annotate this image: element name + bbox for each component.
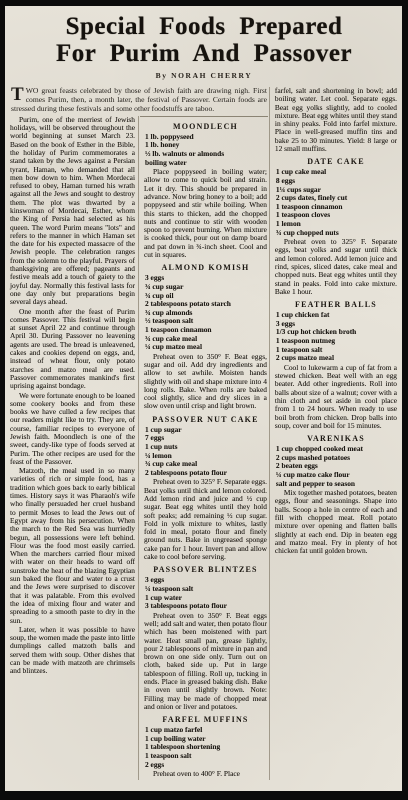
story-column: Purim, one of the merriest of Jewish hol… [10, 116, 137, 780]
ingredient-list: 1 cup chopped cooked meat2 cups mashed p… [275, 445, 397, 488]
intro-text: WO great feasts celebrated by those of J… [11, 86, 267, 113]
recipe-date-cake: DATE CAKE1 cup cake meal8 eggs1¼ cups su… [275, 157, 397, 296]
recipes-column-middle: MOONDLECH1 lb. poppyseed1 lb. honey½ lb.… [140, 116, 268, 780]
story-paragraph: One month after the feast of Purim comes… [10, 308, 135, 391]
ingredient-list: 3 eggs¾ cup sugar¾ cup oil2 tablespoons … [144, 274, 267, 351]
story-paragraph: We were fortunate enough to be loaned so… [10, 392, 135, 467]
recipe-method: Preheat oven to 325° F. Separate eggs, b… [275, 238, 397, 296]
ingredient: 2 eggs [144, 761, 267, 770]
ingredient-list: 1 cup matzo farfel1 cup boiling water1 t… [144, 726, 267, 769]
recipe-method: Cool to lukewarm a cup of fat from a ste… [275, 364, 397, 430]
recipe-moondlech: MOONDLECH1 lb. poppyseed1 lb. honey½ lb.… [144, 122, 267, 260]
recipe-method: Mix together mashed potatoes, beaten egg… [275, 489, 397, 555]
ingredient-list: 3 eggs¼ teaspoon salt1 cup water3 tables… [144, 576, 267, 610]
newspaper-clipping: Special Foods Prepared For Purim And Pas… [0, 0, 408, 800]
headline-line-1: Special Foods Prepared [10, 13, 398, 40]
ingredient: 2 tablespoons potato flour [144, 469, 267, 478]
recipe-title: FEATHER BALLS [275, 300, 397, 309]
recipe-method: Place poppyseed in boiling water; allow … [144, 168, 267, 259]
ingredient: boiling water [144, 159, 267, 168]
farfel-muffins-continuation: farfel, salt and shortening in bowl; add… [275, 87, 397, 153]
headline: Special Foods Prepared For Purim And Pas… [10, 13, 398, 67]
recipe-passover-blintzes: PASSOVER BLINTZES3 eggs¼ teaspoon salt1 … [144, 565, 267, 711]
recipe-title: ALMOND KOMISH [144, 263, 267, 272]
ingredient-list: 1 cup sugar7 eggs1 cup nuts¼ lemon¾ cup … [144, 426, 267, 478]
left-two-thirds: TWO great feasts celebrated by those of … [10, 87, 268, 780]
recipe-method: Preheat oven to 350° F. Beat eggs, sugar… [144, 353, 267, 411]
ingredient: salt and pepper to season [275, 480, 397, 489]
column-rule-left [138, 116, 139, 780]
story-paragraph: Later, when it was possible to have soup… [10, 626, 135, 676]
ingredient: ¼ cup matzo meal [144, 343, 267, 352]
article-body: TWO great feasts celebrated by those of … [10, 87, 398, 780]
recipe-title: PASSOVER BLINTZES [144, 565, 267, 574]
recipes-column-right: farfel, salt and shortening in bowl; add… [271, 87, 398, 780]
recipe-method: Preheat oven to 325° F. Separate eggs. B… [144, 478, 267, 561]
recipe-almond-komish: ALMOND KOMISH3 eggs¾ cup sugar¾ cup oil2… [144, 263, 267, 410]
recipe-method: Preheat oven to 400° F. Place [144, 770, 267, 778]
recipe-feather-balls: FEATHER BALLS1 cup chicken fat3 eggs1/3 … [275, 300, 397, 430]
story-paragraph: Purim, one of the merriest of Jewish hol… [10, 116, 135, 307]
recipe-varenikas: VARENIKAS1 cup chopped cooked meat2 cups… [275, 434, 397, 555]
headline-line-2: For Purim And Passover [10, 40, 398, 67]
recipe-title: FARFEL MUFFINS [144, 715, 267, 724]
recipe-passover-nut-cake: PASSOVER NUT CAKE1 cup sugar7 eggs1 cup … [144, 415, 267, 562]
ingredient-list: 1 cup cake meal8 eggs1¼ cups sugar2 cups… [275, 168, 397, 237]
ingredient-list: 1 cup chicken fat3 eggs1/3 cup hot chick… [275, 311, 397, 363]
two-column-area: Purim, one of the merriest of Jewish hol… [10, 116, 268, 780]
ingredient: 3 tablespoons potato flour [144, 602, 267, 611]
recipe-title: MOONDLECH [144, 122, 267, 131]
dropcap: T [11, 87, 24, 102]
ingredient-list: 1 lb. poppyseed1 lb. honey½ lb. walnuts … [144, 133, 267, 167]
intro-paragraph: TWO great feasts celebrated by those of … [10, 87, 268, 114]
ingredient: 2 cups matzo meal [275, 354, 397, 363]
column-rule-right [269, 87, 270, 780]
article-header: Special Foods Prepared For Purim And Pas… [10, 13, 398, 80]
ingredient: ¾ cup chopped nuts [275, 229, 397, 238]
recipe-title: VARENIKAS [275, 434, 397, 443]
recipe-method: Preheat oven to 350° F. Beat eggs well; … [144, 612, 267, 712]
story-paragraph: Matzoth, the meal used in so many variet… [10, 467, 135, 625]
newsprint-page: Special Foods Prepared For Purim And Pas… [5, 6, 402, 791]
recipe-title: DATE CAKE [275, 157, 397, 166]
recipe-farfel-muffins: FARFEL MUFFINS1 cup matzo farfel1 cup bo… [144, 715, 267, 778]
byline: By NORAH CHERRY [10, 71, 398, 80]
recipe-title: PASSOVER NUT CAKE [144, 415, 267, 424]
